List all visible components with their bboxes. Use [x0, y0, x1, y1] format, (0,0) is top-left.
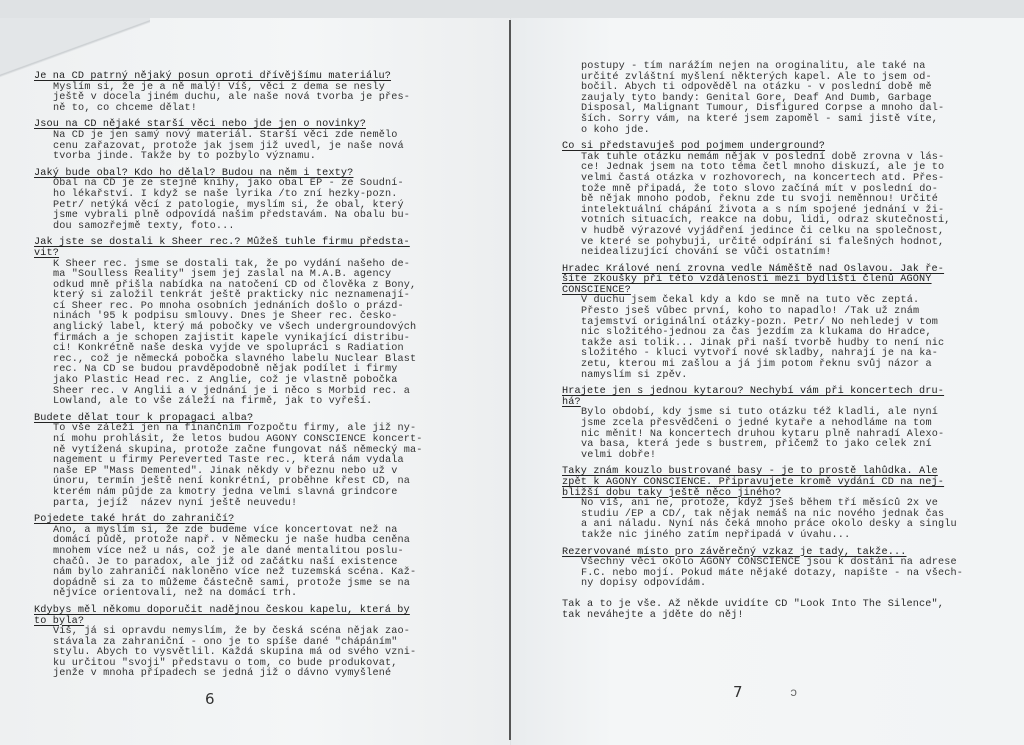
interview-answer: No víš, ani ne, protože, když jseš během… — [562, 499, 1012, 541]
right-page-text: postupy - tím narážím nejen na oroginali… — [562, 62, 1012, 621]
interview-answer: Tak tuhle otázku nemám nějak v poslední … — [562, 153, 1012, 259]
page-spine-divider — [509, 20, 511, 740]
interview-answer: Ano, a myslím si, že zde budeme více kon… — [34, 526, 484, 600]
interview-answer: To vše záleží jen na finančním rozpočtu … — [34, 424, 484, 509]
folded-corner — [0, 18, 150, 78]
interview-answer: Na CD je jen samý nový materiál. Starší … — [34, 131, 484, 163]
interview-answer: Myslím si, že je a ně malý! Víš, věci z … — [34, 83, 484, 115]
interview-question: Taky znám kouzlo bustrované basy - je to… — [562, 467, 1012, 499]
interview-answer: Bylo období, kdy jsme si tuto otázku též… — [562, 408, 1012, 461]
closing-text: Tak a to je vše. Až někde uvidíte CD "Lo… — [562, 600, 1012, 621]
stray-mark: ɔ — [790, 686, 797, 700]
interview-answer: V duchu jsem čekal kdy a kdo se mně na t… — [562, 296, 1012, 381]
interview-question: Je na CD patrný nějaký posun oproti dřív… — [34, 72, 484, 83]
left-page-text: Je na CD patrný nějaký posun oproti dřív… — [34, 72, 484, 680]
interview-question: Hrajete jen s jednou kytarou? Nechybí vá… — [562, 387, 1012, 408]
interview-answer: Víš, já si opravdu nemyslím, že by česká… — [34, 627, 484, 680]
interview-answer: Obal na CD je ze stejné knihy, jako obal… — [34, 179, 484, 232]
interview-question: Kdybys měl někomu doporučit nadějnou čes… — [34, 606, 484, 627]
page-number-left: 6 — [205, 690, 215, 708]
right-page-blocks: Co si představuješ pod pojmem undergroun… — [562, 142, 1012, 590]
continuation-text: postupy - tím narážím nejen na oroginali… — [562, 62, 1012, 136]
interview-question: Jak jste se dostali k Sheer rec.? Můžeš … — [34, 238, 484, 259]
interview-question: Hradec Králové není zrovna vedle Náměště… — [562, 265, 1012, 297]
interview-answer: Všechny věci okolo AGONY CONSCIENCE jsou… — [562, 558, 1012, 590]
page-number-right: 7 — [733, 683, 743, 701]
interview-answer: K Sheer rec. jsme se dostali tak, že po … — [34, 260, 484, 408]
